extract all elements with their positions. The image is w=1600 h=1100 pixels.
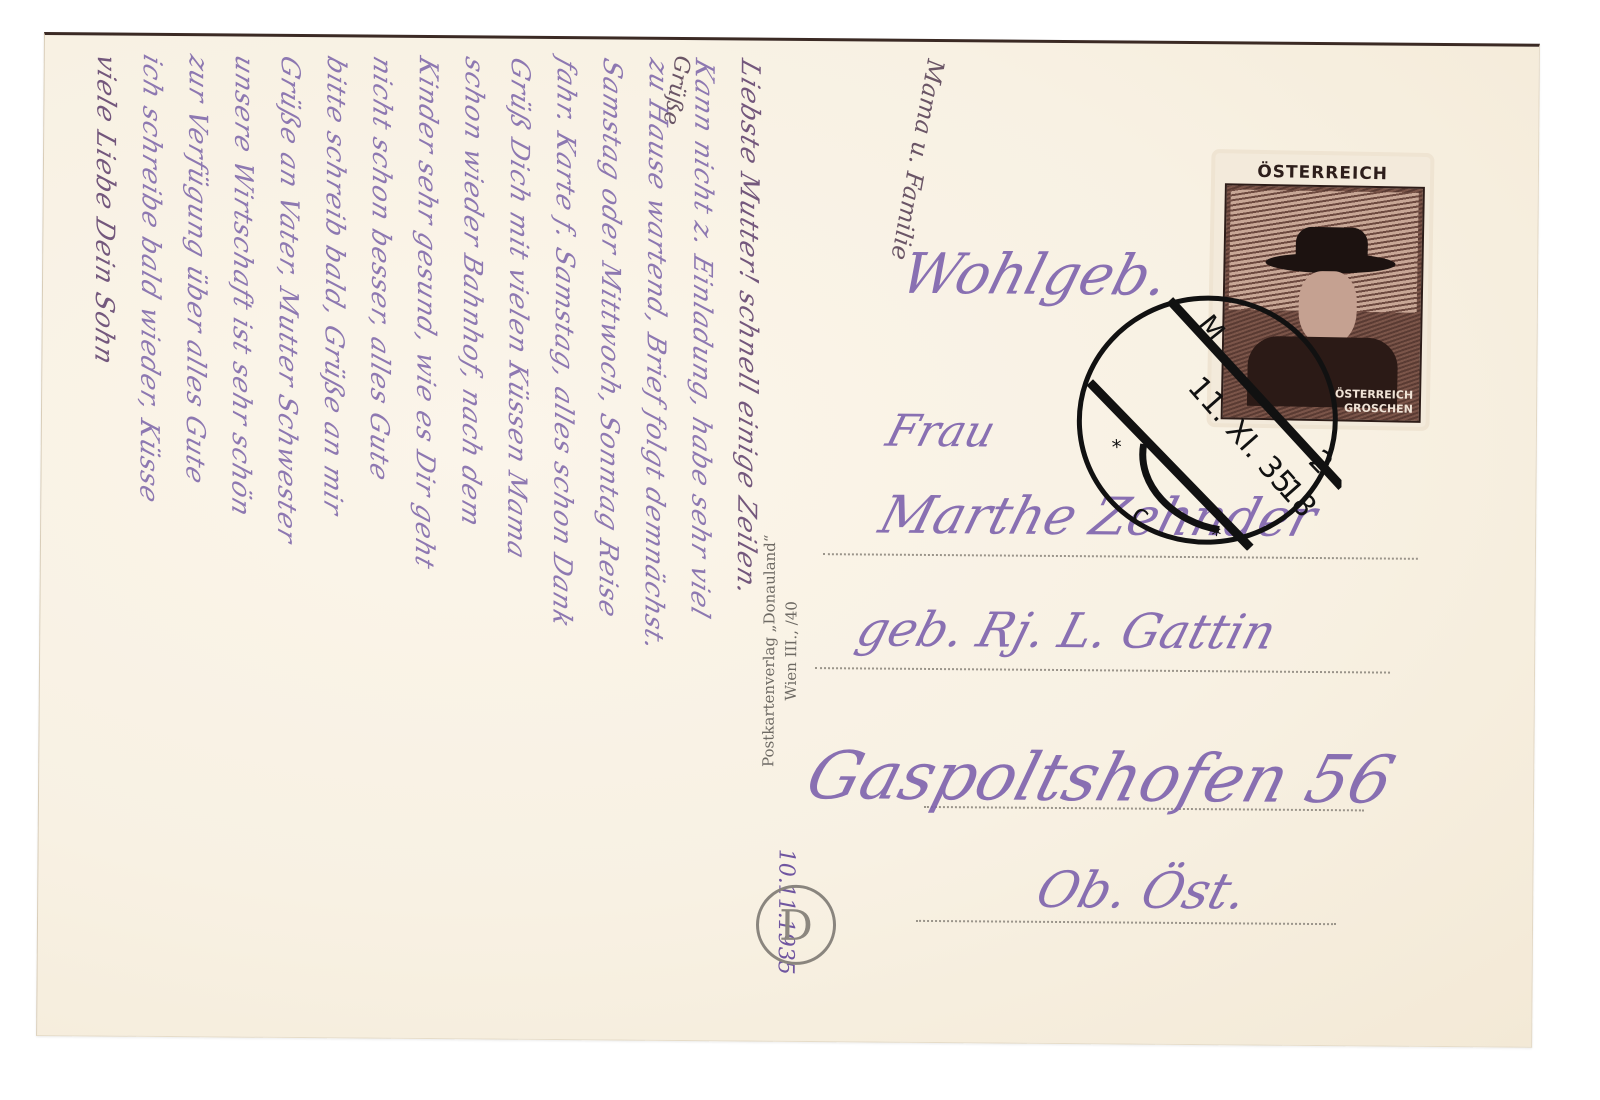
- address-line-relation: geb. Rj. L. Gattin: [851, 601, 1283, 660]
- message-line: Grüße an Vater, Mutter Schwester: [273, 52, 305, 547]
- postmark-icon: 11. XI. 35 18 c 2 M * *: [1071, 279, 1343, 551]
- message-line: zur Verfügung über alles Gute: [181, 52, 212, 489]
- publisher-name: Postkartenverlag „Donauland“: [757, 481, 782, 821]
- message-line: ich schreibe bald wieder, Küsse: [135, 51, 166, 507]
- message-line: zu Hause wartend, Brief folgt demnächst.: [640, 55, 673, 655]
- publisher-logo-letter: D: [779, 900, 813, 949]
- message-lines: Liebste Mutter! schnell einige Zeilen. K…: [67, 55, 765, 1020]
- address-rule: [815, 667, 1390, 674]
- stamp-country: ÖSTERREICH: [1225, 161, 1420, 185]
- message-line: nicht schon besser, alles Gute: [366, 53, 397, 485]
- postmark-office: M: [1191, 308, 1232, 347]
- postmark-cancellation: 11. XI. 35 18 c 2 M * *: [1071, 279, 1343, 551]
- address-rule: [823, 553, 1418, 560]
- message-line: fahr. Karte f. Samstag, alles schon Dank: [548, 54, 580, 632]
- postcard: Liebste Mutter! schnell einige Zeilen. K…: [36, 32, 1540, 1048]
- message-line: Kinder sehr gesund, wie es Dir geht: [411, 53, 443, 573]
- publisher-imprint: Postkartenverlag „Donauland“ Wien III., …: [757, 481, 804, 821]
- address-line-title: Frau: [881, 406, 1001, 458]
- address-line-town: Gaspoltshofen 56: [799, 737, 1403, 818]
- svg-text:*: *: [1111, 435, 1122, 460]
- message-line: unsere Wirtschaft ist sehr schön: [227, 52, 259, 521]
- handwritten-message: Liebste Mutter! schnell einige Zeilen. K…: [37, 35, 785, 1041]
- corner-note-2: Mama u. Familie: [885, 57, 949, 262]
- address-line-region: Ob. Öst.: [1030, 861, 1253, 921]
- svg-text:*: *: [1211, 523, 1222, 548]
- postmark-date: 11. XI. 35: [1180, 370, 1302, 501]
- message-line: Samstag oder Mittwoch, Sonntag Reise: [594, 55, 626, 622]
- publisher-city: Wien III., /40: [779, 481, 804, 821]
- message-line: bitte schreib bald, Grüße an mir: [319, 53, 351, 520]
- message-line: Grüß Dich mit vielen Küssen Mama: [503, 54, 535, 563]
- publisher-logo: D: [756, 885, 837, 966]
- postmark-series: c: [1126, 499, 1155, 532]
- message-line: schon wieder Bahnhof, nach dem: [457, 54, 489, 532]
- message-line: viele Liebe Dein Sohn: [90, 51, 120, 369]
- message-line: Kann nicht z. Einladung, habe sehr viel: [686, 56, 718, 623]
- address-rule: [916, 920, 1336, 925]
